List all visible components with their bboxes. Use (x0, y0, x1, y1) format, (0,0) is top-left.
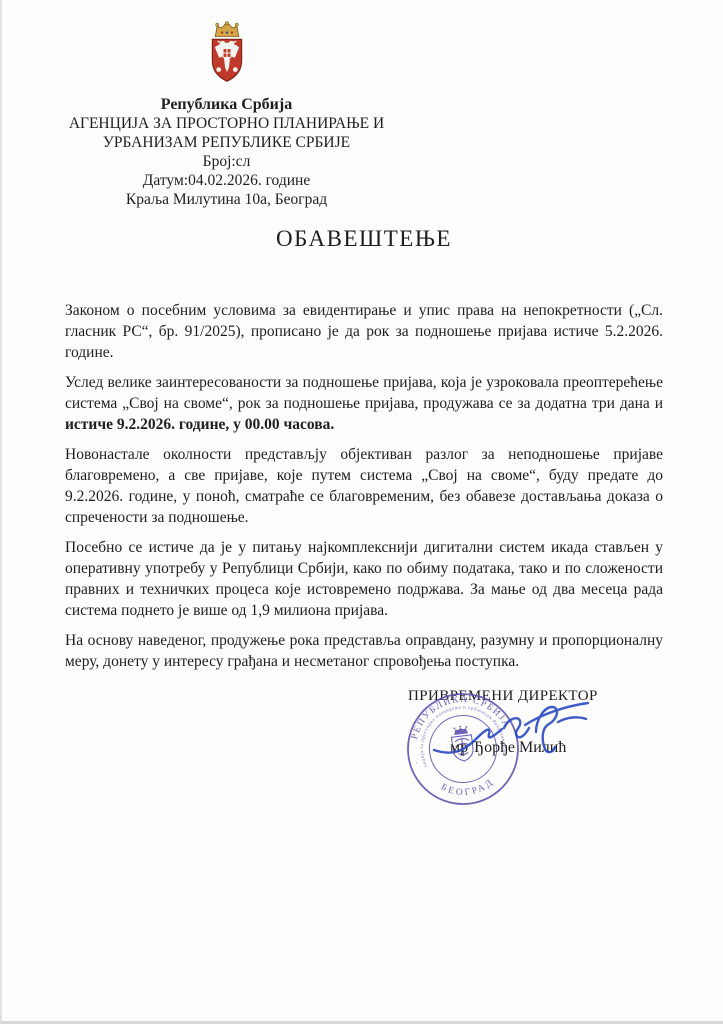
document-page: Република Србија АГЕНЦИЈА ЗА ПРОСТОРНО П… (0, 0, 723, 1024)
paragraph-law: Законом о посебним условима за евидентир… (65, 300, 663, 363)
header-agency-line2: УРБАНИЗАМ РЕПУБЛИКЕ СРБИЈЕ (24, 133, 429, 152)
document-header: Република Србија АГЕНЦИЈА ЗА ПРОСТОРНО П… (24, 14, 429, 209)
header-agency-line1: АГЕНЦИЈА ЗА ПРОСТОРНО ПЛАНИРАЊЕ И (24, 114, 429, 133)
header-republic: Република Србија (24, 95, 429, 114)
paragraph-deadline-bold: истиче 9.2.2026. године, у 00.00 часова. (65, 416, 334, 433)
paragraph-deadline-extension: Услед велике заинтересованости за поднош… (65, 372, 663, 435)
document-title: ОБАВЕШТЕЊЕ (65, 226, 663, 252)
header-address: Краља Милутина 10а, Београд (24, 190, 429, 209)
header-number: Број:сл (24, 152, 429, 171)
paragraph-conclusion: На основу наведеног, продужење рока пред… (65, 630, 663, 672)
paragraph-system-stats: Посебно се истиче да је у питању најкомп… (65, 537, 663, 621)
coat-of-arms-serbia-icon (188, 14, 266, 92)
paragraph-circumstances: Новонастале околности представљју објект… (65, 444, 663, 528)
header-date: Датум:04.02.2026. године (24, 171, 429, 190)
document-body: Законом о посебним условима за евидентир… (65, 300, 663, 681)
signature-ink-icon (430, 694, 600, 774)
paragraph-deadline-normal: Услед велике заинтересованости за поднош… (65, 374, 663, 412)
stamp-dot-left: · (415, 759, 419, 768)
